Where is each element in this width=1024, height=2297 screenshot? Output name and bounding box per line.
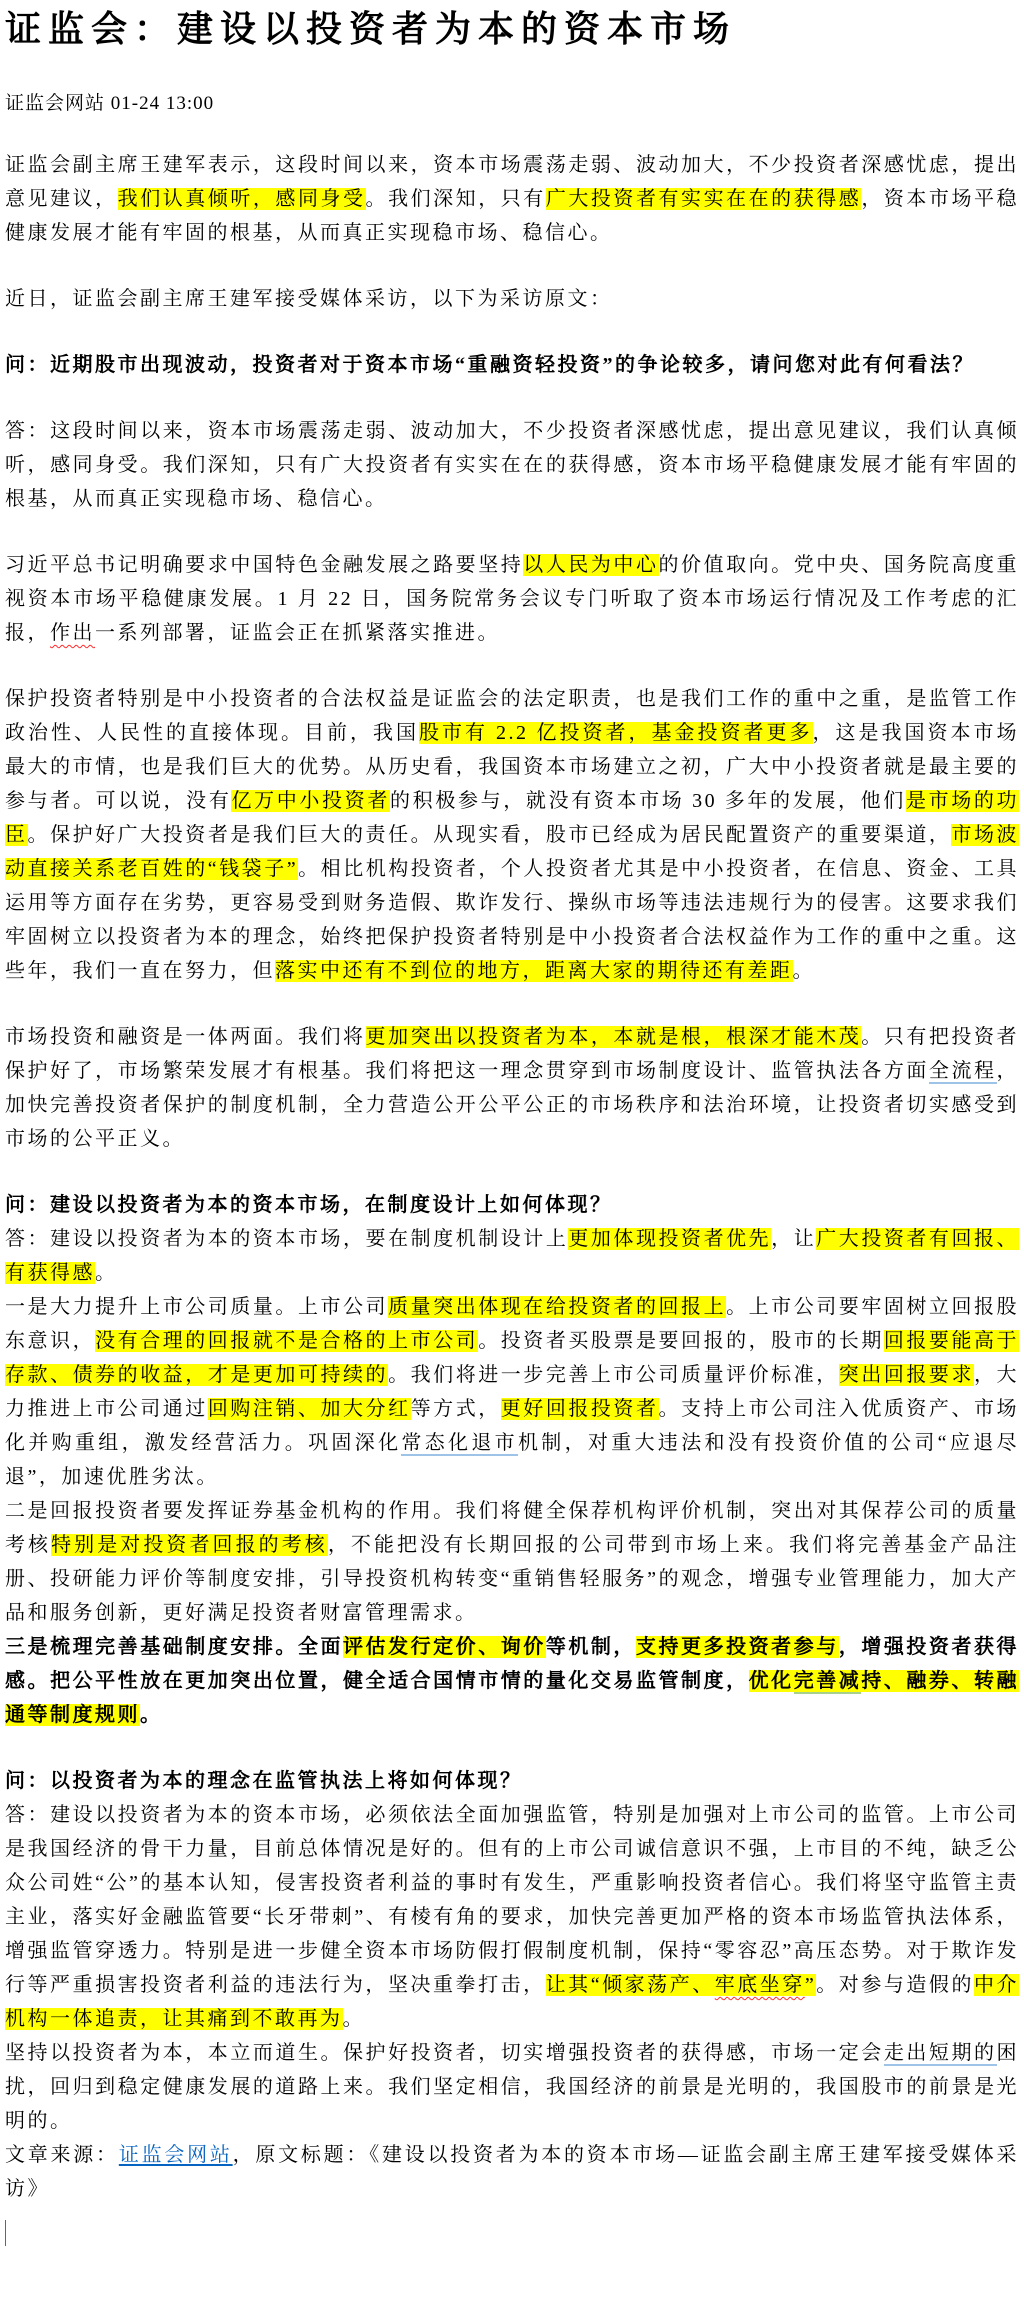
text-run: 以人民为中心 bbox=[523, 554, 658, 576]
text-run: 让其“倾家荡产、 bbox=[546, 1974, 715, 1996]
text-run: 。对参与造假的 bbox=[816, 1974, 974, 1996]
answer-2-point-3: 三是梳理完善基础制度安排。全面评估发行定价、询价等机制，支持更多投资者参与，增强… bbox=[5, 1630, 1019, 1732]
text-run: 优化 bbox=[749, 1670, 794, 1692]
text-run: 等机制， bbox=[546, 1636, 636, 1658]
text-run: 一系列部署，证监会正在抓紧落实推进。 bbox=[95, 622, 500, 644]
text-run: 没有合理的回报就不是合格的上市公司 bbox=[95, 1330, 478, 1352]
text-run: 走出短期的 bbox=[884, 2042, 997, 2066]
question-1: 问：近期股市出现波动，投资者对于资本市场“重融资轻投资”的争论较多，请问您对此有… bbox=[5, 348, 1019, 382]
text-run: 。 bbox=[343, 2008, 366, 2030]
article-meta: 证监会网站 01-24 13:00 bbox=[5, 92, 1019, 116]
text-run: 习近平总书记明确要求中国特色金融发展之路要坚持 bbox=[5, 554, 523, 576]
text-run: 落实中还有不到位的地方，距离大家的期待还有差距 bbox=[275, 960, 793, 982]
text-run: 评估发行定价、询价 bbox=[343, 1636, 546, 1658]
closing-paragraph: 坚持以投资者为本，本立而道生。保护好投资者，切实增强投资者的获得感，市场一定会走… bbox=[5, 2036, 1019, 2138]
text-run: 答：建设以投资者为本的资本市场，必须依法全面加强监管，特别是加强对上市公司的监管… bbox=[5, 1804, 1019, 1996]
page-title: 证监会：建设以投资者为本的资本市场 bbox=[5, 6, 1019, 52]
text-run: 广大投资者有实实在在的获得感 bbox=[546, 188, 861, 210]
investor-protection-paragraph: 保护投资者特别是中小投资者的合法权益是证监会的法定职责，也是我们工作的重中之重，… bbox=[5, 682, 1019, 988]
text-run: 完善减 bbox=[794, 1670, 862, 1694]
text-run: 牢底坐穿 bbox=[715, 1974, 805, 1996]
text-run: 。 bbox=[95, 1262, 118, 1284]
intro-paragraph: 证监会副主席王建军表示，这段时间以来，资本市场震荡走弱、波动加大，不少投资者深感… bbox=[5, 148, 1019, 250]
answer-2: 答：建设以投资者为本的资本市场，要在制度机制设计上更加体现投资者优先，让广大投资… bbox=[5, 1222, 1019, 1290]
text-run: 质量突出体现在给投资者的回报上 bbox=[388, 1296, 726, 1318]
document-page: 证监会：建设以投资者为本的资本市场 证监会网站 01-24 13:00 证监会副… bbox=[0, 0, 1024, 2250]
text-run: 等方式， bbox=[411, 1398, 501, 1420]
document-body[interactable]: 证监会副主席王建军表示，这段时间以来，资本市场震荡走弱、波动加大，不少投资者深感… bbox=[5, 148, 1019, 2206]
text-run: 支持更多投资者参与 bbox=[636, 1636, 839, 1658]
text-run: 。我们将进一步完善上市公司质量评价标准， bbox=[388, 1364, 839, 1386]
text-run: 坚持以投资者为本，本立而道生。保护好投资者，切实增强投资者的获得感，市场一定会 bbox=[5, 2042, 884, 2064]
text-run: 的积极参与，就没有资本市场 30 多年的发展，他们 bbox=[390, 790, 906, 812]
answer-3: 答：建设以投资者为本的资本市场，必须依法全面加强监管，特别是加强对上市公司的监管… bbox=[5, 1798, 1019, 2036]
text-run: 更加体现投资者优先 bbox=[568, 1228, 771, 1250]
text-run: 一是大力提升上市公司质量。上市公司 bbox=[5, 1296, 388, 1318]
text-run: ，让 bbox=[771, 1228, 816, 1250]
text-run: 答：建设以投资者为本的资本市场，要在制度机制设计上 bbox=[5, 1228, 568, 1250]
text-run: 问：建设以投资者为本的资本市场，在制度设计上如何体现？ bbox=[5, 1194, 613, 1216]
text-run: 全流程 bbox=[929, 1060, 997, 1084]
text-run: 特别是对投资者回报的考核 bbox=[51, 1534, 328, 1556]
text-run: 。保护好广大投资者是我们巨大的责任。从现实看，股市已经成为居民配置资产的重要渠道… bbox=[28, 824, 952, 846]
text-run: 问：以投资者为本的理念在监管执法上将如何体现？ bbox=[5, 1770, 523, 1792]
text-run: 突出回报要求 bbox=[839, 1364, 974, 1386]
text-cursor bbox=[5, 2220, 6, 2246]
text-run: 股市有 2.2 亿投资者，基金投资者更多 bbox=[419, 722, 813, 744]
text-run: 文章来源： bbox=[5, 2144, 119, 2166]
text-run: 更好回报投资者 bbox=[501, 1398, 659, 1420]
answer-2-point-1: 一是大力提升上市公司质量。上市公司质量突出体现在给投资者的回报上。上市公司要牢固… bbox=[5, 1290, 1019, 1494]
text-run: 市场投资和融资是一体两面。我们将 bbox=[5, 1026, 366, 1048]
text-run: 亿万中小投资者 bbox=[231, 790, 390, 812]
policy-paragraph: 习近平总书记明确要求中国特色金融发展之路要坚持以人民为中心的价值取向。党中央、国… bbox=[5, 548, 1019, 650]
answer-2-point-2: 二是回报投资者要发挥证券基金机构的作用。我们将健全保荐机构评价机制，突出对其保荐… bbox=[5, 1494, 1019, 1630]
text-run: 三是梳理完善基础制度安排。全面 bbox=[5, 1636, 343, 1658]
caret-row bbox=[5, 2220, 1019, 2250]
text-run: 常态化退市 bbox=[401, 1432, 518, 1456]
question-3: 问：以投资者为本的理念在监管执法上将如何体现？ bbox=[5, 1764, 1019, 1798]
answer-1: 答：这段时间以来，资本市场震荡走弱、波动加大，不少投资者深感忧虑，提出意见建议，… bbox=[5, 414, 1019, 516]
interview-lead: 近日，证监会副主席王建军接受媒体采访，以下为采访原文： bbox=[5, 282, 1019, 316]
text-run: 。 bbox=[793, 960, 816, 982]
source-paragraph: 文章来源：证监会网站，原文标题：《建设以投资者为本的资本市场—证监会副主席王建军… bbox=[5, 2138, 1019, 2206]
text-run: ” bbox=[805, 1974, 816, 1996]
text-run: 。投资者买股票是要回报的，股市的长期 bbox=[478, 1330, 884, 1352]
text-run: 近日，证监会副主席王建军接受媒体采访，以下为采访原文： bbox=[5, 288, 613, 310]
text-run: 我们认真倾听，感同身受 bbox=[118, 188, 366, 210]
question-2: 问：建设以投资者为本的资本市场，在制度设计上如何体现？ bbox=[5, 1188, 1019, 1222]
text-run: 更加突出以投资者为本，本就是根，根深才能木茂 bbox=[366, 1026, 862, 1048]
text-run: 作出 bbox=[50, 622, 95, 644]
text-run: 问：近期股市出现波动，投资者对于资本市场“重融资轻投资”的争论较多，请问您对此有… bbox=[5, 354, 975, 376]
text-run: 。我们深知，只有 bbox=[366, 188, 546, 210]
text-run: 。 bbox=[140, 1704, 163, 1726]
source-link[interactable]: 证监会网站 bbox=[119, 2144, 233, 2166]
text-run: 回购注销、加大分红 bbox=[208, 1398, 411, 1420]
investment-financing-paragraph: 市场投资和融资是一体两面。我们将更加突出以投资者为本，本就是根，根深才能木茂。只… bbox=[5, 1020, 1019, 1156]
text-run: 答：这段时间以来，资本市场震荡走弱、波动加大，不少投资者深感忧虑，提出意见建议，… bbox=[5, 420, 1019, 510]
